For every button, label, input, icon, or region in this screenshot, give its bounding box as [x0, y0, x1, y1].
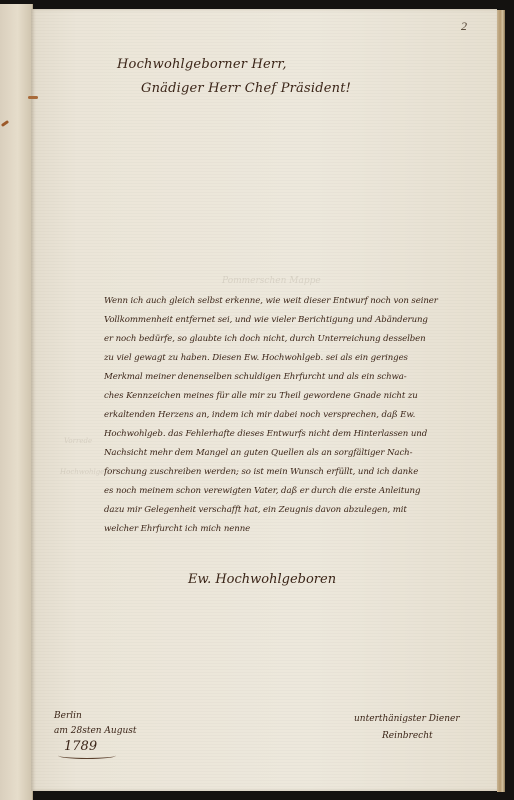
body-line: es noch meinem schon verewigten Vater, d…	[104, 482, 486, 501]
body-line: Vollkommenheit entfernet sei, und wie vi…	[104, 311, 486, 330]
body-line: forschung zuschreiben werden; so ist mei…	[104, 463, 486, 482]
date-flourish	[58, 752, 116, 759]
manuscript-scan: Pommerschen Mappe Vorrede Hochwohlgeb. 2…	[0, 0, 514, 800]
place: Berlin	[54, 709, 137, 724]
previous-page-edge	[0, 4, 33, 800]
gutter-ink-mark	[28, 96, 38, 99]
place-and-date: Berlin am 28sten August 1789	[54, 709, 137, 754]
bleed-through-text: Pommerschen Mappe	[222, 276, 321, 286]
page-stack-edge	[497, 10, 505, 792]
body-line: ches Kennzeichen meines für alle mir zu …	[104, 387, 486, 406]
body-line: erkaltenden Herzens an, indem ich mir da…	[104, 406, 486, 425]
body-line: Wenn ich auch gleich selbst erkenne, wie…	[104, 292, 486, 311]
signature-name: Reinbrecht	[354, 728, 460, 745]
page-number: 2	[461, 19, 467, 34]
body-line: Merkmal meiner denenselben schuldigen Eh…	[104, 368, 486, 387]
body-line: welcher Ehrfurcht ich mich nenne	[104, 520, 486, 539]
closing-address: Ew. Hochwohlgeboren	[188, 572, 336, 587]
body-line: Hochwohlgeb. das Fehlerhafte dieses Entw…	[104, 425, 486, 444]
salutation-line-2: Gnädiger Herr Chef Präsident!	[141, 81, 351, 96]
date: am 28sten August	[54, 724, 137, 739]
bleed-through-text: Vorrede	[64, 437, 92, 445]
body-line: Nachsicht mehr dem Mangel an guten Quell…	[104, 444, 486, 463]
ink-mark	[1, 120, 9, 127]
body-line: zu viel gewagt zu haben. Diesen Ew. Hoch…	[104, 349, 486, 368]
letter-body: Wenn ich auch gleich selbst erkenne, wie…	[104, 292, 486, 539]
body-line: dazu mir Gelegenheit verschafft hat, ein…	[104, 501, 486, 520]
body-line: er noch bedürfe, so glaubte ich doch nic…	[104, 330, 486, 349]
signature-block: unterthänigster Diener Reinbrecht	[354, 711, 460, 745]
salutation-line-1: Hochwohlgeborner Herr,	[117, 57, 287, 72]
signature-valediction: unterthänigster Diener	[354, 711, 460, 728]
